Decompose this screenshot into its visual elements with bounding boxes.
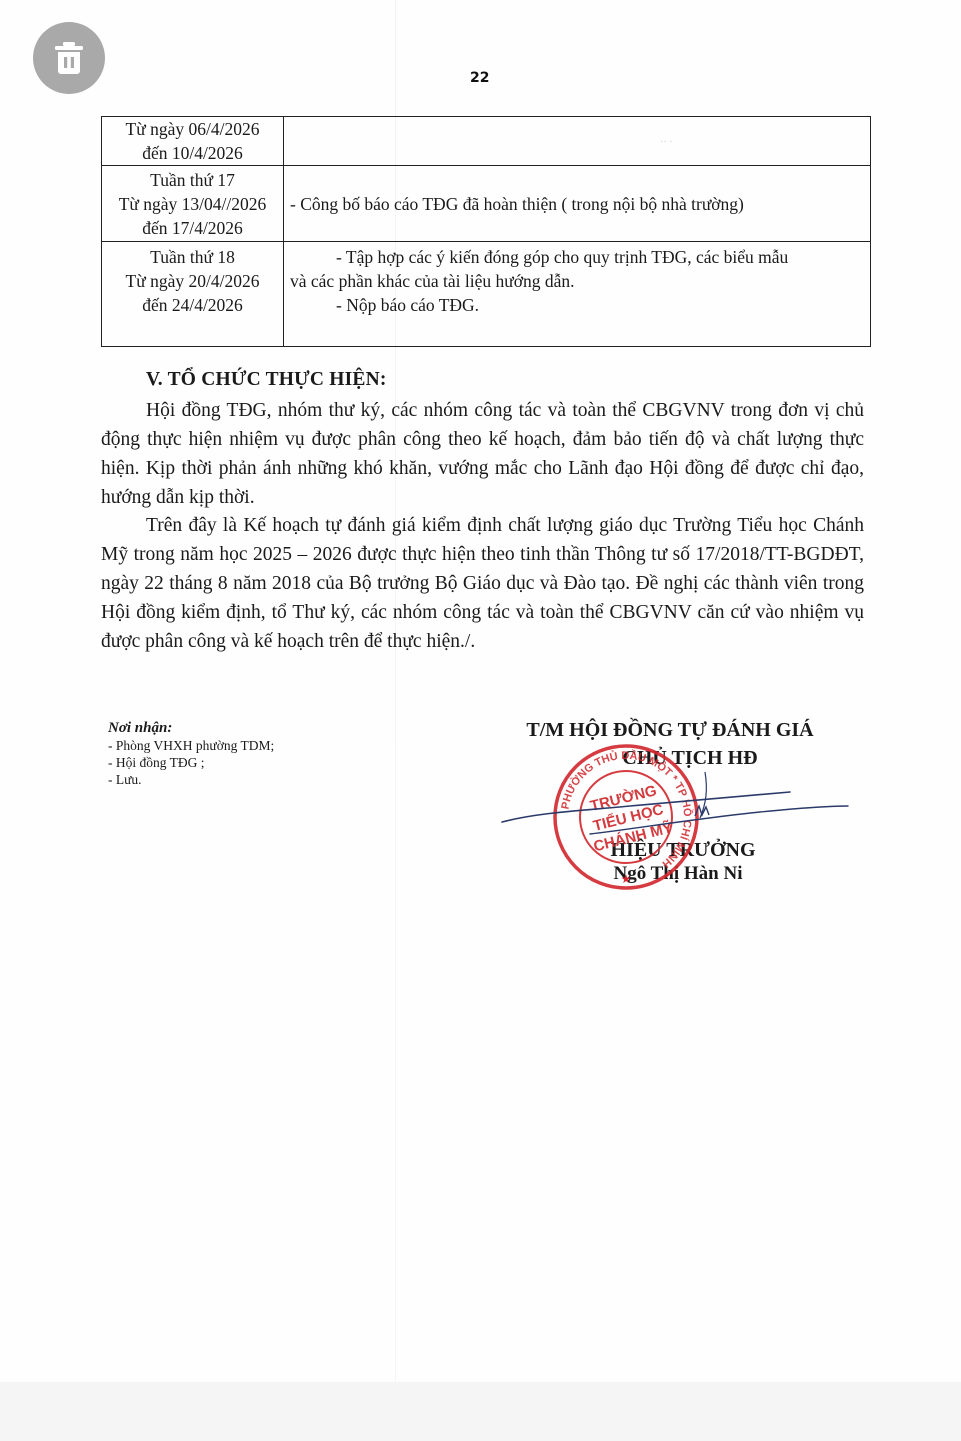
paragraph-implementation: Hội đồng TĐG, nhóm thư ký, các nhóm công… [101,396,864,512]
schedule-period: Tuần thứ 17 Từ ngày 13/04//2026 đến 17/4… [102,166,284,242]
page-number: 22 [470,70,489,86]
table-row: Từ ngày 06/4/2026 đến 10/4/2026 ·· · [102,117,871,166]
recipients-heading: Nơi nhận: [108,720,274,737]
schedule-table: Từ ngày 06/4/2026 đến 10/4/2026 ·· · Tuầ… [101,116,871,347]
delete-button[interactable] [33,22,105,94]
schedule-period: Tuần thứ 18 Từ ngày 20/4/2026 đến 24/4/2… [102,242,284,347]
trash-icon [49,38,89,78]
section-title: V. TỔ CHỨC THỰC HIỆN: [146,369,387,391]
recipient-item: - Lưu. [108,771,274,788]
recipient-item: - Hội đồng TĐG ; [108,754,274,771]
scan-smudge: ·· · [660,137,673,148]
schedule-period: Từ ngày 06/4/2026 đến 10/4/2026 [102,117,284,166]
viewer-bottom-bar [0,1382,961,1441]
signer-name: Ngô Thị Hàn Ni [506,860,850,888]
table-row: Tuần thứ 17 Từ ngày 13/04//2026 đến 17/4… [102,166,871,242]
schedule-tasks: - Tập hợp các ý kiến đóng góp cho quy tr… [284,242,871,347]
signature-role-line: CHỦ TỊCH HĐ [530,744,850,772]
signature-block: T/M HỘI ĐỒNG TỰ ĐÁNH GIÁ CHỦ TỊCH HĐ HIỆ… [490,716,850,888]
paragraph-closing: Trên đây là Kế hoạch tự đánh giá kiểm đị… [101,511,864,656]
schedule-tasks: - Công bố báo cáo TĐG đã hoàn thiện ( tr… [284,166,871,242]
table-row: Tuần thứ 18 Từ ngày 20/4/2026 đến 24/4/2… [102,242,871,347]
recipient-item: - Phòng VHXH phường TDM; [108,737,274,754]
recipients-block: Nơi nhận: - Phòng VHXH phường TDM; - Hội… [108,720,274,788]
schedule-tasks: ·· · [284,117,871,166]
signature-org-line: T/M HỘI ĐỒNG TỰ ĐÁNH GIÁ [490,716,850,744]
